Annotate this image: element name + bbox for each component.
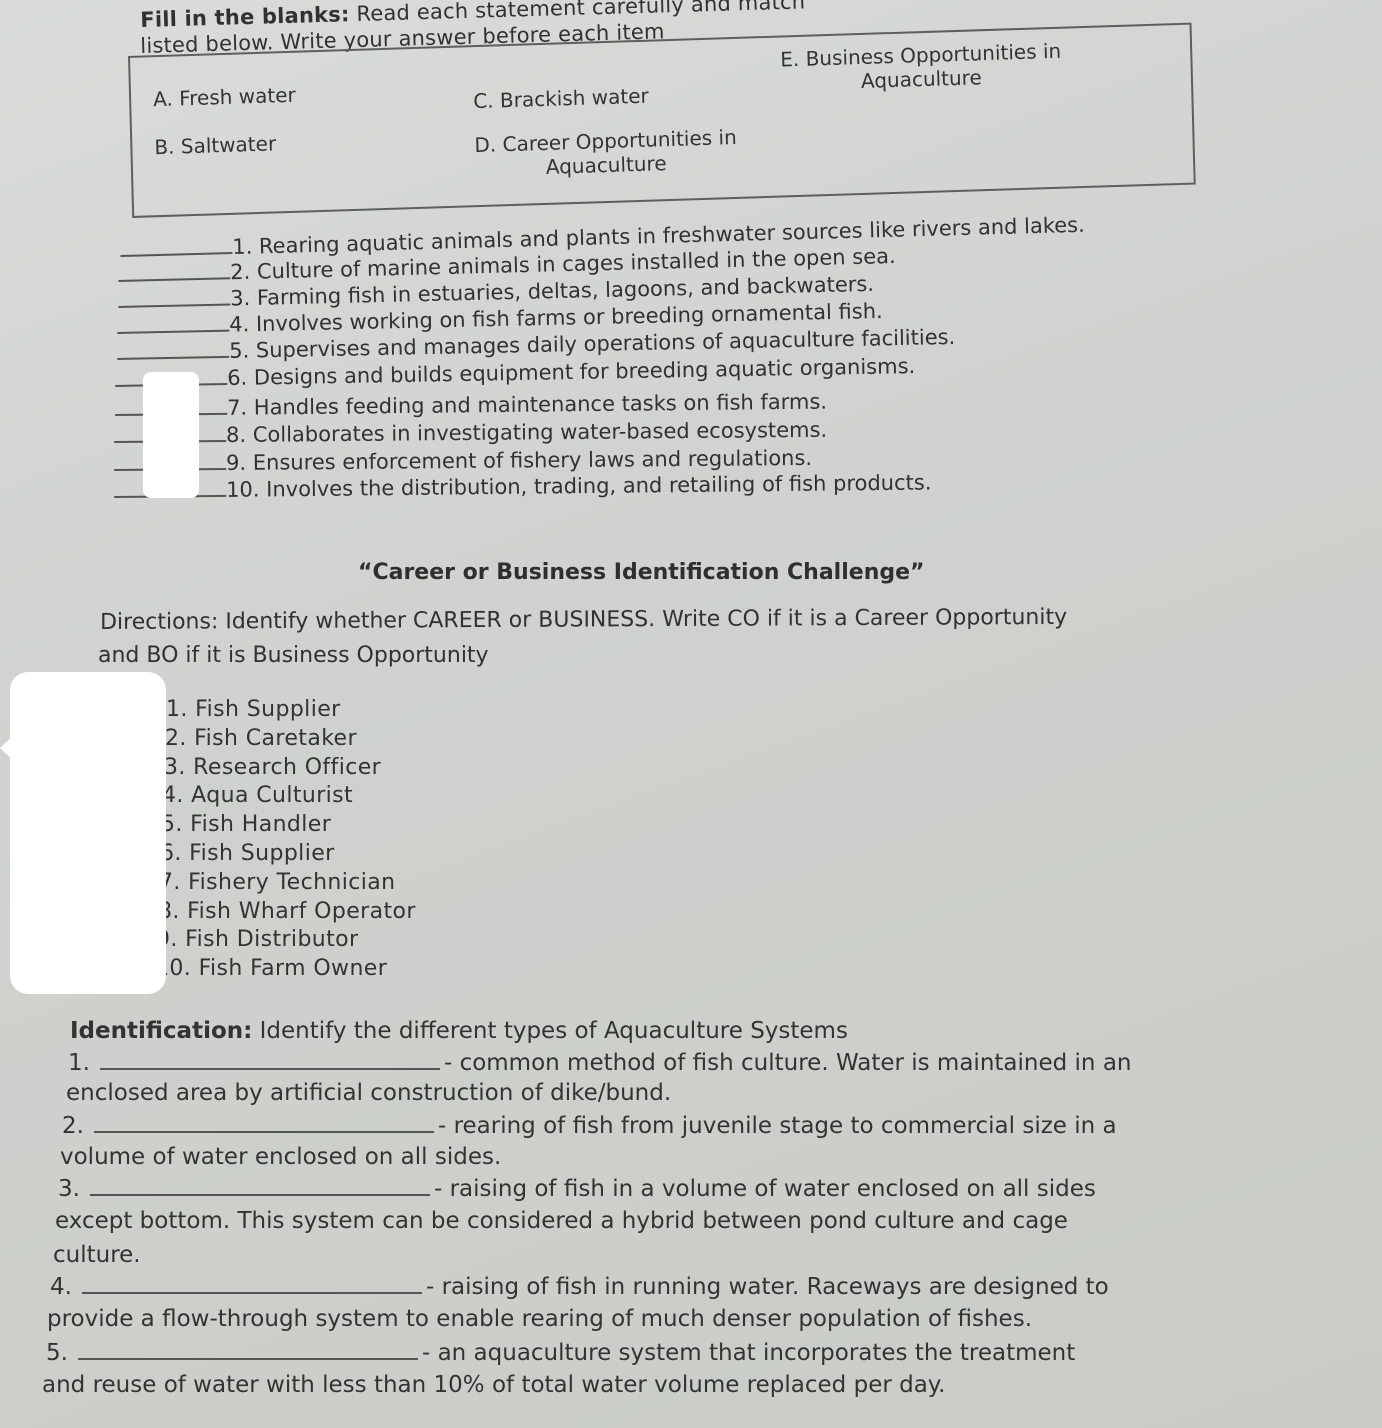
challenge-item: 2. Fish Caretaker xyxy=(155,726,357,751)
item-text: 10. Fish Farm Owner xyxy=(155,956,387,981)
challenge-item: 1. Fish Supplier xyxy=(156,697,341,722)
choice-b: B. Saltwater xyxy=(154,131,276,159)
answer-blank[interactable] xyxy=(118,303,230,308)
item-number: 3. xyxy=(58,1176,80,1202)
item-text: 4. Aqua Culturist xyxy=(162,783,353,808)
redaction-block xyxy=(143,372,199,498)
item-text: 7. Fishery Technician xyxy=(159,870,396,895)
answer-blank[interactable] xyxy=(118,277,230,282)
item-description-continued: volume of water enclosed on all sides. xyxy=(60,1144,501,1170)
item-description-continued: provide a flow-through system to enable … xyxy=(47,1306,1032,1332)
item-text: 5. Fish Handler xyxy=(161,812,331,837)
redaction-block xyxy=(10,672,166,994)
challenge-item: 4. Aqua Culturist xyxy=(152,783,353,808)
item-description-continued: culture. xyxy=(53,1242,141,1268)
item-description: - common method of fish culture. Water i… xyxy=(444,1050,1132,1076)
item-description-continued: and reuse of water with less than 10% of… xyxy=(42,1372,945,1398)
item-text: 10. Involves the distribution, trading, … xyxy=(226,470,932,501)
choice-d: D. Career Opportunities in Aquaculture xyxy=(474,125,738,181)
challenge-item: 7. Fishery Technician xyxy=(149,870,396,895)
answer-blank[interactable] xyxy=(82,1292,422,1294)
item-description: - raising of fish in running water. Race… xyxy=(426,1274,1109,1300)
choice-c: C. Brackish water xyxy=(473,84,649,114)
answer-blank[interactable] xyxy=(78,1358,418,1360)
redaction-tab xyxy=(0,720,30,776)
fill-in-item: 7. Handles feeding and maintenance tasks… xyxy=(115,390,827,421)
instruction-label: Fill in the blanks: xyxy=(140,2,350,32)
answer-blank[interactable] xyxy=(94,1131,434,1133)
directions-line1: Directions: Identify whether CAREER or B… xyxy=(100,605,1067,635)
identification-header: Identification: Identify the different t… xyxy=(70,1018,848,1044)
challenge-item: 5. Fish Handler xyxy=(151,812,331,837)
challenge-item: 10. Fish Farm Owner xyxy=(145,956,387,981)
challenge-item: 6. Fish Supplier xyxy=(150,841,335,866)
item-text: 8. Collaborates in investigating water-b… xyxy=(226,418,827,447)
item-description: - raising of fish in a volume of water e… xyxy=(434,1176,1096,1202)
identification-item: 1.- common method of fish culture. Water… xyxy=(68,1050,1132,1076)
choice-a: A. Fresh water xyxy=(153,83,296,111)
answer-blank[interactable] xyxy=(120,252,232,257)
item-text: 3. Research Officer xyxy=(164,755,381,780)
item-text: 7. Handles feeding and maintenance tasks… xyxy=(227,390,827,420)
item-description: - rearing of fish from juvenile stage to… xyxy=(438,1113,1117,1139)
identification-label: Identification: xyxy=(70,1018,252,1044)
identification-item: 3.- raising of fish in a volume of water… xyxy=(58,1176,1096,1202)
item-description: - an aquaculture system that incorporate… xyxy=(422,1340,1075,1366)
item-number: 5. xyxy=(46,1340,68,1366)
choices-box: A. Fresh water B. Saltwater C. Brackish … xyxy=(128,23,1196,218)
item-text: 9. Fish Distributor xyxy=(156,927,359,952)
identification-item: 4.- raising of fish in running water. Ra… xyxy=(50,1274,1109,1300)
answer-blank[interactable] xyxy=(117,356,229,360)
item-description-continued: enclosed area by artificial construction… xyxy=(66,1080,671,1106)
identification-instruction: Identify the different types of Aquacult… xyxy=(260,1018,848,1044)
fill-in-item: 10. Involves the distribution, trading, … xyxy=(114,470,932,503)
challenge-item: 3. Research Officer xyxy=(154,755,381,780)
item-text: 9. Ensures enforcement of fishery laws a… xyxy=(226,446,812,475)
identification-item: 2.- rearing of fish from juvenile stage … xyxy=(62,1113,1117,1139)
fill-in-item: 9. Ensures enforcement of fishery laws a… xyxy=(114,446,812,476)
answer-blank[interactable] xyxy=(117,330,229,334)
item-description-continued: except bottom. This system can be consid… xyxy=(55,1208,1068,1234)
item-text: 2. Fish Caretaker xyxy=(165,726,357,751)
item-number: 2. xyxy=(62,1113,84,1139)
choice-e: E. Business Opportunities in Aquaculture xyxy=(780,39,1062,96)
challenge-title: “Career or Business Identification Chall… xyxy=(358,560,924,585)
challenge-item: 8. Fish Wharf Operator xyxy=(148,899,416,924)
answer-blank[interactable] xyxy=(90,1194,430,1196)
item-number: 4. xyxy=(50,1274,72,1300)
item-text: 6. Fish Supplier xyxy=(160,841,335,866)
item-number: 1. xyxy=(68,1050,90,1076)
identification-item: 5.- an aquaculture system that incorpora… xyxy=(46,1340,1075,1366)
item-text: 1. Fish Supplier xyxy=(166,697,341,722)
fill-in-item: 8. Collaborates in investigating water-b… xyxy=(114,418,827,448)
challenge-item: 9. Fish Distributor xyxy=(146,927,359,952)
item-text: 8. Fish Wharf Operator xyxy=(158,899,416,924)
directions-line2: and BO if it is Business Opportunity xyxy=(98,643,489,668)
answer-blank[interactable] xyxy=(100,1068,440,1070)
